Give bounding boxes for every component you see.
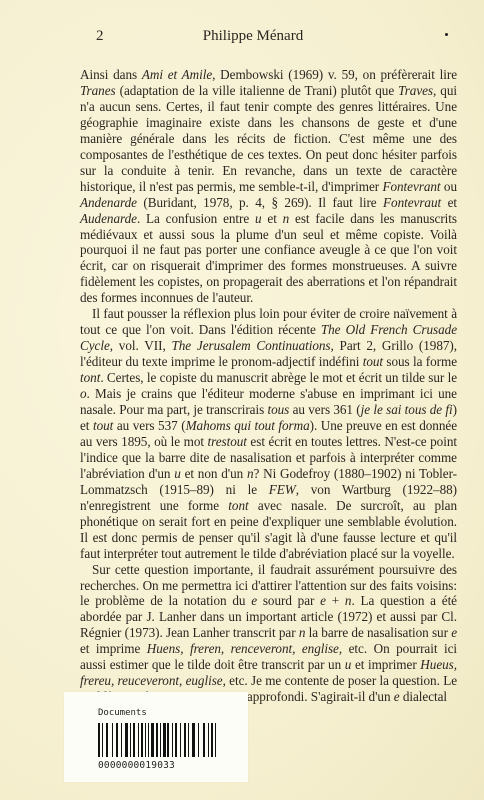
italic-text: e	[451, 625, 457, 640]
text-run: et non d'un	[181, 466, 247, 481]
italic-text: Mahoms qui tout forma	[186, 418, 310, 433]
library-barcode-label: Documents 0000000019033	[64, 692, 248, 782]
italic-text: Andenarde	[80, 195, 137, 210]
barcode-number: 0000000019033	[98, 760, 175, 771]
text-run: , Dembowski (1969) v. 59, on préfèrerait…	[212, 67, 457, 82]
italic-text: tous	[267, 402, 289, 417]
text-run: et imprime	[80, 641, 147, 656]
text-run: dialectal	[400, 689, 447, 704]
text-run: la barre de nasalisation sur	[305, 625, 451, 640]
text-run: . Certes, le copiste du manuscrit abrège…	[100, 370, 457, 385]
barcode-space	[216, 723, 218, 757]
text-run: +	[326, 593, 345, 608]
text-run: (adaptation de la ville italienne de Tra…	[116, 83, 399, 98]
text-run: , vol. VII,	[110, 338, 172, 353]
italic-text: tont	[80, 370, 100, 385]
text-run: , qui n'a aucun sens. Certes, il faut te…	[80, 83, 457, 194]
italic-text: je le sai tous de fi	[361, 402, 453, 417]
barcode	[98, 723, 218, 757]
italic-text: tont	[228, 498, 248, 513]
italic-text: Huens, freren, renceveront, englise	[147, 641, 339, 656]
text-run: Ainsi dans	[80, 67, 142, 82]
italic-text: Audenarde	[80, 211, 137, 226]
text-run: et	[441, 195, 457, 210]
text-run: . La confusion entre	[137, 211, 255, 226]
italic-text: FEW	[269, 482, 296, 497]
italic-text: Tranes	[80, 83, 116, 98]
paragraph: Il faut pousser la réflexion plus loin p…	[80, 306, 457, 561]
text-run: (Buridant, 1978, p. 4, § 269). Il faut l…	[137, 195, 383, 210]
text-run: au vers 537 (	[113, 418, 185, 433]
italic-text: The Jerusalem Continuations	[171, 338, 330, 353]
italic-text: trestout	[208, 434, 247, 449]
running-head: Philippe Ménard	[0, 28, 484, 45]
text-run: sous la forme	[383, 354, 457, 369]
text-run: au vers 361 (	[289, 402, 360, 417]
text-run: sourd par	[257, 593, 320, 608]
paragraph: Sur cette question importante, il faudra…	[80, 562, 457, 706]
text-run: et imprimer	[351, 657, 420, 672]
label-title: Documents	[98, 708, 147, 718]
paragraph: Ainsi dans Ami et Amile, Dembowski (1969…	[80, 67, 457, 306]
italic-text: tout	[93, 418, 113, 433]
italic-text: Ami et Amile	[142, 67, 212, 82]
italic-text: tout	[363, 354, 383, 369]
italic-text: Traves	[398, 83, 433, 98]
text-run: et	[262, 211, 283, 226]
body-text: Ainsi dans Ami et Amile, Dembowski (1969…	[80, 67, 457, 705]
text-run: ou	[441, 179, 457, 194]
italic-text: Fontevraut	[383, 195, 441, 210]
ink-speck	[445, 33, 448, 36]
italic-text: Fontevrant	[382, 179, 440, 194]
